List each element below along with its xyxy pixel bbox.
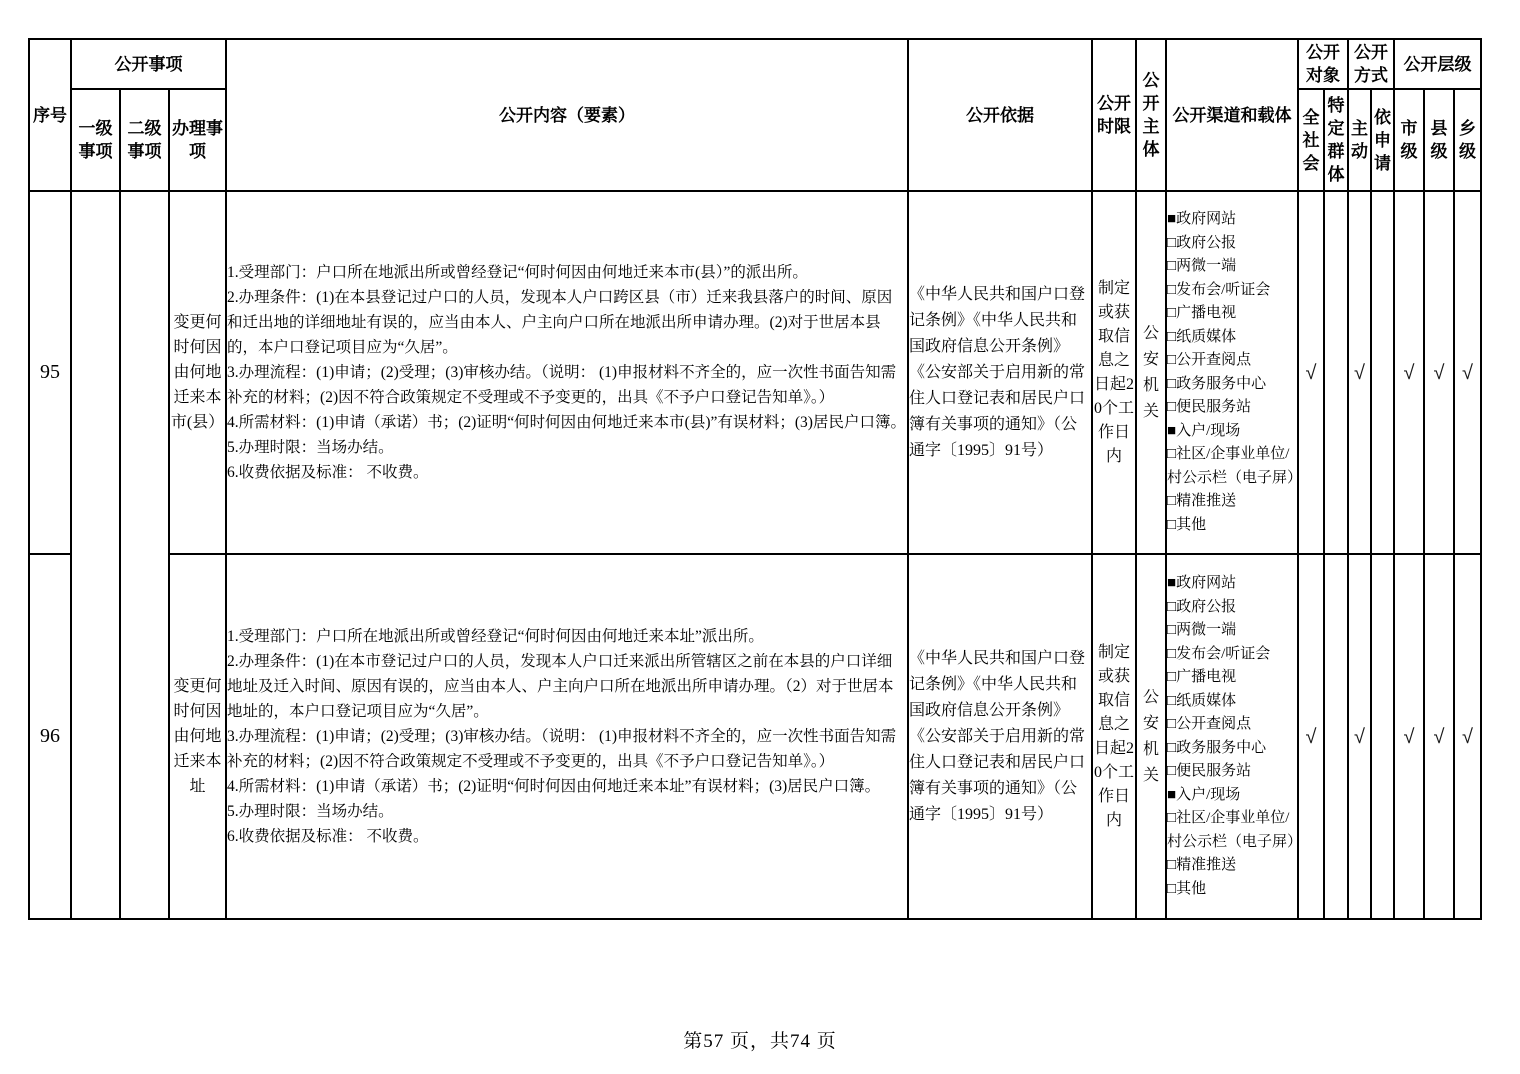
header-content: 公开内容（要素） xyxy=(226,39,908,191)
cell-mark-city: √ xyxy=(1394,554,1424,919)
header-method: 公开方式 xyxy=(1348,39,1394,89)
cell-channels-list: ■政府网站□政府公报□两微一端□发布会/听证会□广播电视□纸质媒体□公开查阅点□… xyxy=(1166,554,1298,919)
cell-mark-society: √ xyxy=(1298,191,1324,554)
cell-mark-specific-group xyxy=(1324,191,1348,554)
table-row-96: 96 变更何时何因由何地迁来本址 1.受理部门：户口所在地派出所或曾经登记“何时… xyxy=(29,554,1481,919)
channel-label: 两微一端 xyxy=(1176,622,1236,638)
channel-item: □政务服务中心 xyxy=(1167,373,1297,397)
header-disclosure-items: 公开事项 xyxy=(71,39,226,89)
channel-label: 公开查阅点 xyxy=(1176,352,1251,368)
cell-disclosure-basis: 《中华人民共和国户口登记条例》《中华人民共和国政府信息公开条例》《公安部关于启用… xyxy=(908,191,1092,554)
channel-item: □精准推送 xyxy=(1167,490,1297,514)
cell-mark-society: √ xyxy=(1298,554,1324,919)
channel-item: □其他 xyxy=(1167,878,1297,902)
cell-handling-item: 变更何时何因由何地迁来本址 xyxy=(169,554,226,919)
checkbox-unchecked-icon: □ xyxy=(1167,599,1176,615)
checkbox-unchecked-icon: □ xyxy=(1167,258,1176,274)
cell-mark-proactive: √ xyxy=(1348,554,1371,919)
header-handling-item: 办理事项 xyxy=(169,89,226,191)
channel-label: 便民服务站 xyxy=(1176,399,1251,415)
channel-item: ■入户/现场 xyxy=(1167,420,1297,444)
checkbox-unchecked-icon: □ xyxy=(1167,810,1176,826)
channel-label: 政府网站 xyxy=(1176,211,1236,227)
cell-serial-number: 95 xyxy=(29,191,71,554)
channel-item: □其他 xyxy=(1167,514,1297,538)
channel-item: □广播电视 xyxy=(1167,666,1297,690)
cell-time-limit: 制定或获取信息之日起20个工作日内 xyxy=(1092,554,1136,919)
cell-mark-on-request xyxy=(1371,191,1394,554)
header-audience-specific: 特定群体 xyxy=(1324,89,1348,191)
channel-label: 政府公报 xyxy=(1176,235,1236,251)
header-level-city: 市级 xyxy=(1394,89,1424,191)
channel-label: 入户/现场 xyxy=(1176,787,1240,803)
checkbox-checked-icon: ■ xyxy=(1167,211,1176,227)
header-time-limit: 公开时限 xyxy=(1092,39,1136,191)
page-number-indicator: 第57 页，共74 页 xyxy=(0,1026,1520,1053)
header-level-township: 乡级 xyxy=(1454,89,1481,191)
channel-label: 其他 xyxy=(1176,881,1206,897)
channel-label: 便民服务站 xyxy=(1176,763,1251,779)
channel-item: ■政府网站 xyxy=(1167,208,1297,232)
header-level2-item: 二级事项 xyxy=(120,89,169,191)
cell-subject: 公安机关 xyxy=(1136,191,1166,554)
header-row-top: 序号 公开事项 公开内容（要素） 公开依据 公开时限 公开主体 公开渠道和载体 … xyxy=(29,39,1481,89)
cell-serial-number: 96 xyxy=(29,554,71,919)
channel-label: 精准推送 xyxy=(1176,493,1236,509)
checkbox-unchecked-icon: □ xyxy=(1167,376,1176,392)
header-level1-item: 一级事项 xyxy=(71,89,120,191)
checkbox-checked-icon: ■ xyxy=(1167,423,1176,439)
cell-mark-on-request xyxy=(1371,554,1394,919)
cell-disclosure-basis: 《中华人民共和国户口登记条例》《中华人民共和国政府信息公开条例》《公安部关于启用… xyxy=(908,554,1092,919)
cell-time-limit: 制定或获取信息之日起20个工作日内 xyxy=(1092,191,1136,554)
checkbox-checked-icon: ■ xyxy=(1167,787,1176,803)
cell-subject: 公安机关 xyxy=(1136,554,1166,919)
cell-disclosure-content: 1.受理部门：户口所在地派出所或曾经登记“何时何因由何地迁来本市(县）”的派出所… xyxy=(226,191,908,554)
channel-item: □政府公报 xyxy=(1167,596,1297,620)
table-row-95: 95 变更何时何因由何地迁来本市(县） 1.受理部门：户口所在地派出所或曾经登记… xyxy=(29,191,1481,554)
cell-mark-county: √ xyxy=(1424,554,1454,919)
channel-label: 政府网站 xyxy=(1176,575,1236,591)
cell-mark-county: √ xyxy=(1424,191,1454,554)
channel-label: 其他 xyxy=(1176,517,1206,533)
header-level-county: 县级 xyxy=(1424,89,1454,191)
channel-label: 入户/现场 xyxy=(1176,423,1240,439)
channel-label: 政府公报 xyxy=(1176,599,1236,615)
checkbox-unchecked-icon: □ xyxy=(1167,740,1176,756)
checkbox-unchecked-icon: □ xyxy=(1167,693,1176,709)
cell-mark-township: √ xyxy=(1454,554,1481,919)
channel-item: □公开查阅点 xyxy=(1167,349,1297,373)
channel-label: 发布会/听证会 xyxy=(1176,646,1270,662)
cell-mark-city: √ xyxy=(1394,191,1424,554)
checkbox-unchecked-icon: □ xyxy=(1167,881,1176,897)
header-subject: 公开主体 xyxy=(1136,39,1166,191)
channel-item: □发布会/听证会 xyxy=(1167,643,1297,667)
channel-item: □社区/企事业单位/村公示栏（电子屏） xyxy=(1167,807,1297,854)
checkbox-unchecked-icon: □ xyxy=(1167,857,1176,873)
channel-item: ■入户/现场 xyxy=(1167,784,1297,808)
channel-item: □两微一端 xyxy=(1167,619,1297,643)
checkbox-unchecked-icon: □ xyxy=(1167,352,1176,368)
channel-item: □政务服务中心 xyxy=(1167,737,1297,761)
channel-label: 广播电视 xyxy=(1176,305,1236,321)
channel-label: 发布会/听证会 xyxy=(1176,282,1270,298)
channel-item: □精准推送 xyxy=(1167,854,1297,878)
cell-level1-item xyxy=(71,191,120,919)
header-method-on-request: 依申请 xyxy=(1371,89,1394,191)
cell-disclosure-content: 1.受理部门：户口所在地派出所或曾经登记“何时何因由何地迁来本址”派出所。 2.… xyxy=(226,554,908,919)
checkbox-unchecked-icon: □ xyxy=(1167,517,1176,533)
checkbox-unchecked-icon: □ xyxy=(1167,399,1176,415)
checkbox-unchecked-icon: □ xyxy=(1167,305,1176,321)
channel-item: □发布会/听证会 xyxy=(1167,279,1297,303)
checkbox-unchecked-icon: □ xyxy=(1167,646,1176,662)
checkbox-unchecked-icon: □ xyxy=(1167,493,1176,509)
channel-label: 社区/企事业单位/村公示栏（电子屏） xyxy=(1167,810,1298,850)
checkbox-checked-icon: ■ xyxy=(1167,575,1176,591)
checkbox-unchecked-icon: □ xyxy=(1167,622,1176,638)
channel-item: □便民服务站 xyxy=(1167,760,1297,784)
channel-item: □纸质媒体 xyxy=(1167,326,1297,350)
channel-item: □纸质媒体 xyxy=(1167,690,1297,714)
disclosure-table: 序号 公开事项 公开内容（要素） 公开依据 公开时限 公开主体 公开渠道和载体 … xyxy=(28,38,1482,920)
checkbox-unchecked-icon: □ xyxy=(1167,446,1176,462)
channel-label: 社区/企事业单位/村公示栏（电子屏） xyxy=(1167,446,1298,486)
checkbox-unchecked-icon: □ xyxy=(1167,329,1176,345)
checkbox-unchecked-icon: □ xyxy=(1167,716,1176,732)
header-level: 公开层级 xyxy=(1394,39,1481,89)
checkbox-unchecked-icon: □ xyxy=(1167,669,1176,685)
channel-label: 纸质媒体 xyxy=(1176,693,1236,709)
cell-handling-item: 变更何时何因由何地迁来本市(县） xyxy=(169,191,226,554)
channel-label: 政务服务中心 xyxy=(1176,376,1266,392)
channel-label: 政务服务中心 xyxy=(1176,740,1266,756)
header-channels: 公开渠道和载体 xyxy=(1166,39,1298,191)
channel-item: □两微一端 xyxy=(1167,255,1297,279)
channel-label: 精准推送 xyxy=(1176,857,1236,873)
header-method-proactive: 主动 xyxy=(1348,89,1371,191)
channel-item: □便民服务站 xyxy=(1167,396,1297,420)
header-audience: 公开对象 xyxy=(1298,39,1348,89)
channel-item: ■政府网站 xyxy=(1167,572,1297,596)
cell-channels-list: ■政府网站□政府公报□两微一端□发布会/听证会□广播电视□纸质媒体□公开查阅点□… xyxy=(1166,191,1298,554)
channel-label: 广播电视 xyxy=(1176,669,1236,685)
channel-label: 纸质媒体 xyxy=(1176,329,1236,345)
channel-label: 两微一端 xyxy=(1176,258,1236,274)
channel-item: □社区/企事业单位/村公示栏（电子屏） xyxy=(1167,443,1297,490)
channel-item: □政府公报 xyxy=(1167,232,1297,256)
cell-level2-item xyxy=(120,191,169,919)
checkbox-unchecked-icon: □ xyxy=(1167,763,1176,779)
header-audience-all: 全社会 xyxy=(1298,89,1324,191)
header-serial: 序号 xyxy=(29,39,71,191)
document-page: 序号 公开事项 公开内容（要素） 公开依据 公开时限 公开主体 公开渠道和载体 … xyxy=(0,0,1520,1074)
channel-item: □广播电视 xyxy=(1167,302,1297,326)
cell-mark-proactive: √ xyxy=(1348,191,1371,554)
checkbox-unchecked-icon: □ xyxy=(1167,282,1176,298)
cell-mark-specific-group xyxy=(1324,554,1348,919)
cell-mark-township: √ xyxy=(1454,191,1481,554)
channel-label: 公开查阅点 xyxy=(1176,716,1251,732)
header-basis: 公开依据 xyxy=(908,39,1092,191)
channel-item: □公开查阅点 xyxy=(1167,713,1297,737)
checkbox-unchecked-icon: □ xyxy=(1167,235,1176,251)
